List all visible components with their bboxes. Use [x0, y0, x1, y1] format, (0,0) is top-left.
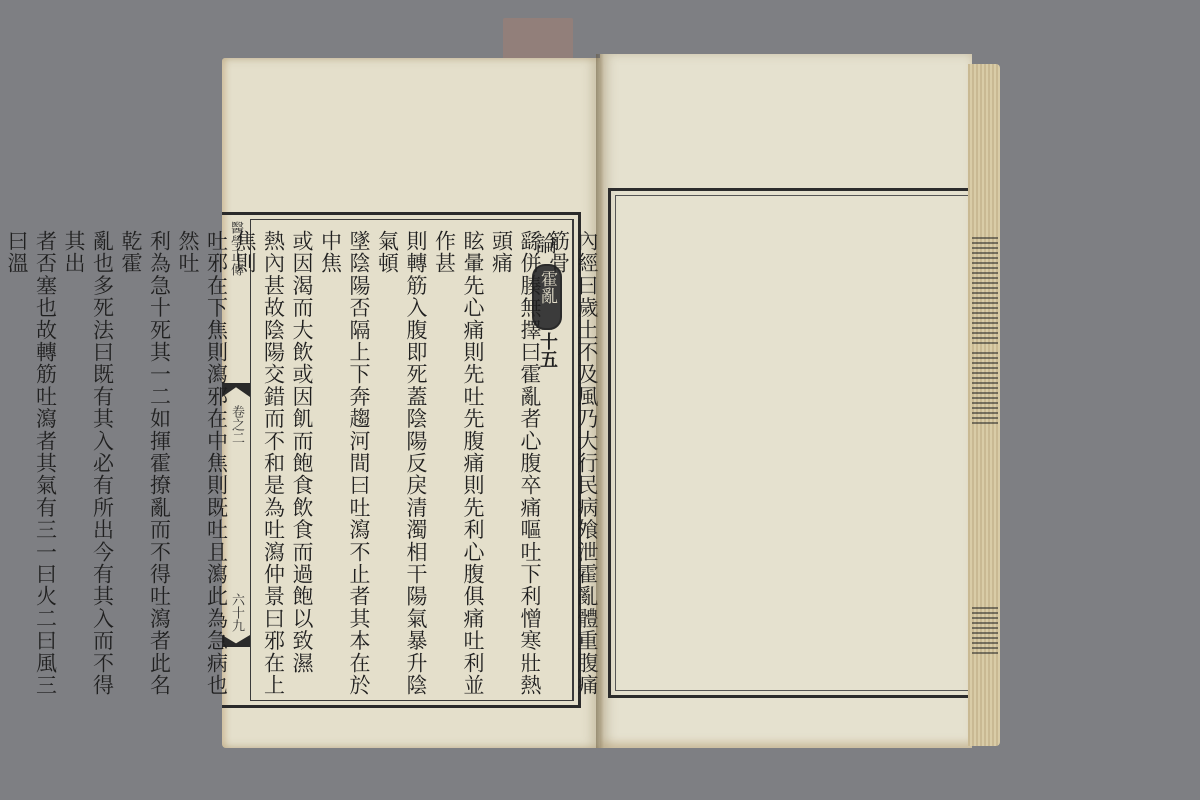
text-column: 則轉筋入腹即死蓋陰陽反戾清濁相干陽氣暴升陰氣頓: [373, 230, 430, 700]
text-column: 熱內甚故陰陽交錯而不和是為吐瀉仲景曰邪在上焦則: [231, 230, 288, 700]
right-page: [600, 54, 972, 748]
right-page-inner-frame: [615, 195, 969, 691]
bleed-through-ink: [972, 349, 998, 424]
bleed-through-ink: [972, 604, 998, 654]
text-column: 吐邪在下焦則瀉邪在中焦則既吐且瀉此為急病也然吐: [174, 230, 231, 700]
text-column: 繇併腠無擇曰霍亂者心腹卒痛嘔吐下利憎寒壯熱頭痛: [487, 230, 544, 700]
text-column: 亂也多死法曰既有其入必有所出今有其入而不得其出: [60, 230, 117, 700]
left-page-printed-frame: 醫學正傳 卷之二 六十九 論 霍亂 十五 內經曰歲土不及風乃大行民病飧泄霍亂體重…: [222, 212, 581, 708]
main-text: 內經曰歲土不及風乃大行民病飧泄霍亂體重腹痛筋骨 繇併腠無擇曰霍亂者心腹卒痛嘔吐下…: [285, 230, 601, 700]
text-column: 或因渴而大飲或因飢而飽食飲食而過飽以致濕: [288, 230, 317, 700]
text-column: 內經曰歲土不及風乃大行民病飧泄霍亂體重腹痛筋骨: [544, 230, 601, 700]
text-frame: 論 霍亂 十五 內經曰歲土不及風乃大行民病飧泄霍亂體重腹痛筋骨 繇併腠無擇曰霍亂…: [250, 219, 574, 701]
right-page-printed-frame: [608, 188, 969, 698]
page-edge-stack: [968, 64, 1000, 746]
text-column: 利為急十死其一二如揮霍撩亂而不得吐瀉者此名乾霍: [117, 230, 174, 700]
text-column: 者否塞也故轉筋吐瀉者其氣有三一曰火二曰風三曰溫: [3, 230, 60, 700]
text-column: 墜陰陽否隔上下奔趨河間曰吐瀉不止者其本在於中焦: [316, 230, 373, 700]
open-book: 醫學正傳 卷之二 六十九 論 霍亂 十五 內經曰歲土不及風乃大行民病飧泄霍亂體重…: [220, 52, 1010, 752]
spine-gutter: [596, 54, 604, 748]
bleed-through-ink: [972, 234, 998, 344]
left-page: 醫學正傳 卷之二 六十九 論 霍亂 十五 內經曰歲土不及風乃大行民病飧泄霍亂體重…: [222, 58, 600, 748]
text-column: 眩暈先心痛則先吐先腹痛則先利心腹俱痛吐利並作甚: [430, 230, 487, 700]
